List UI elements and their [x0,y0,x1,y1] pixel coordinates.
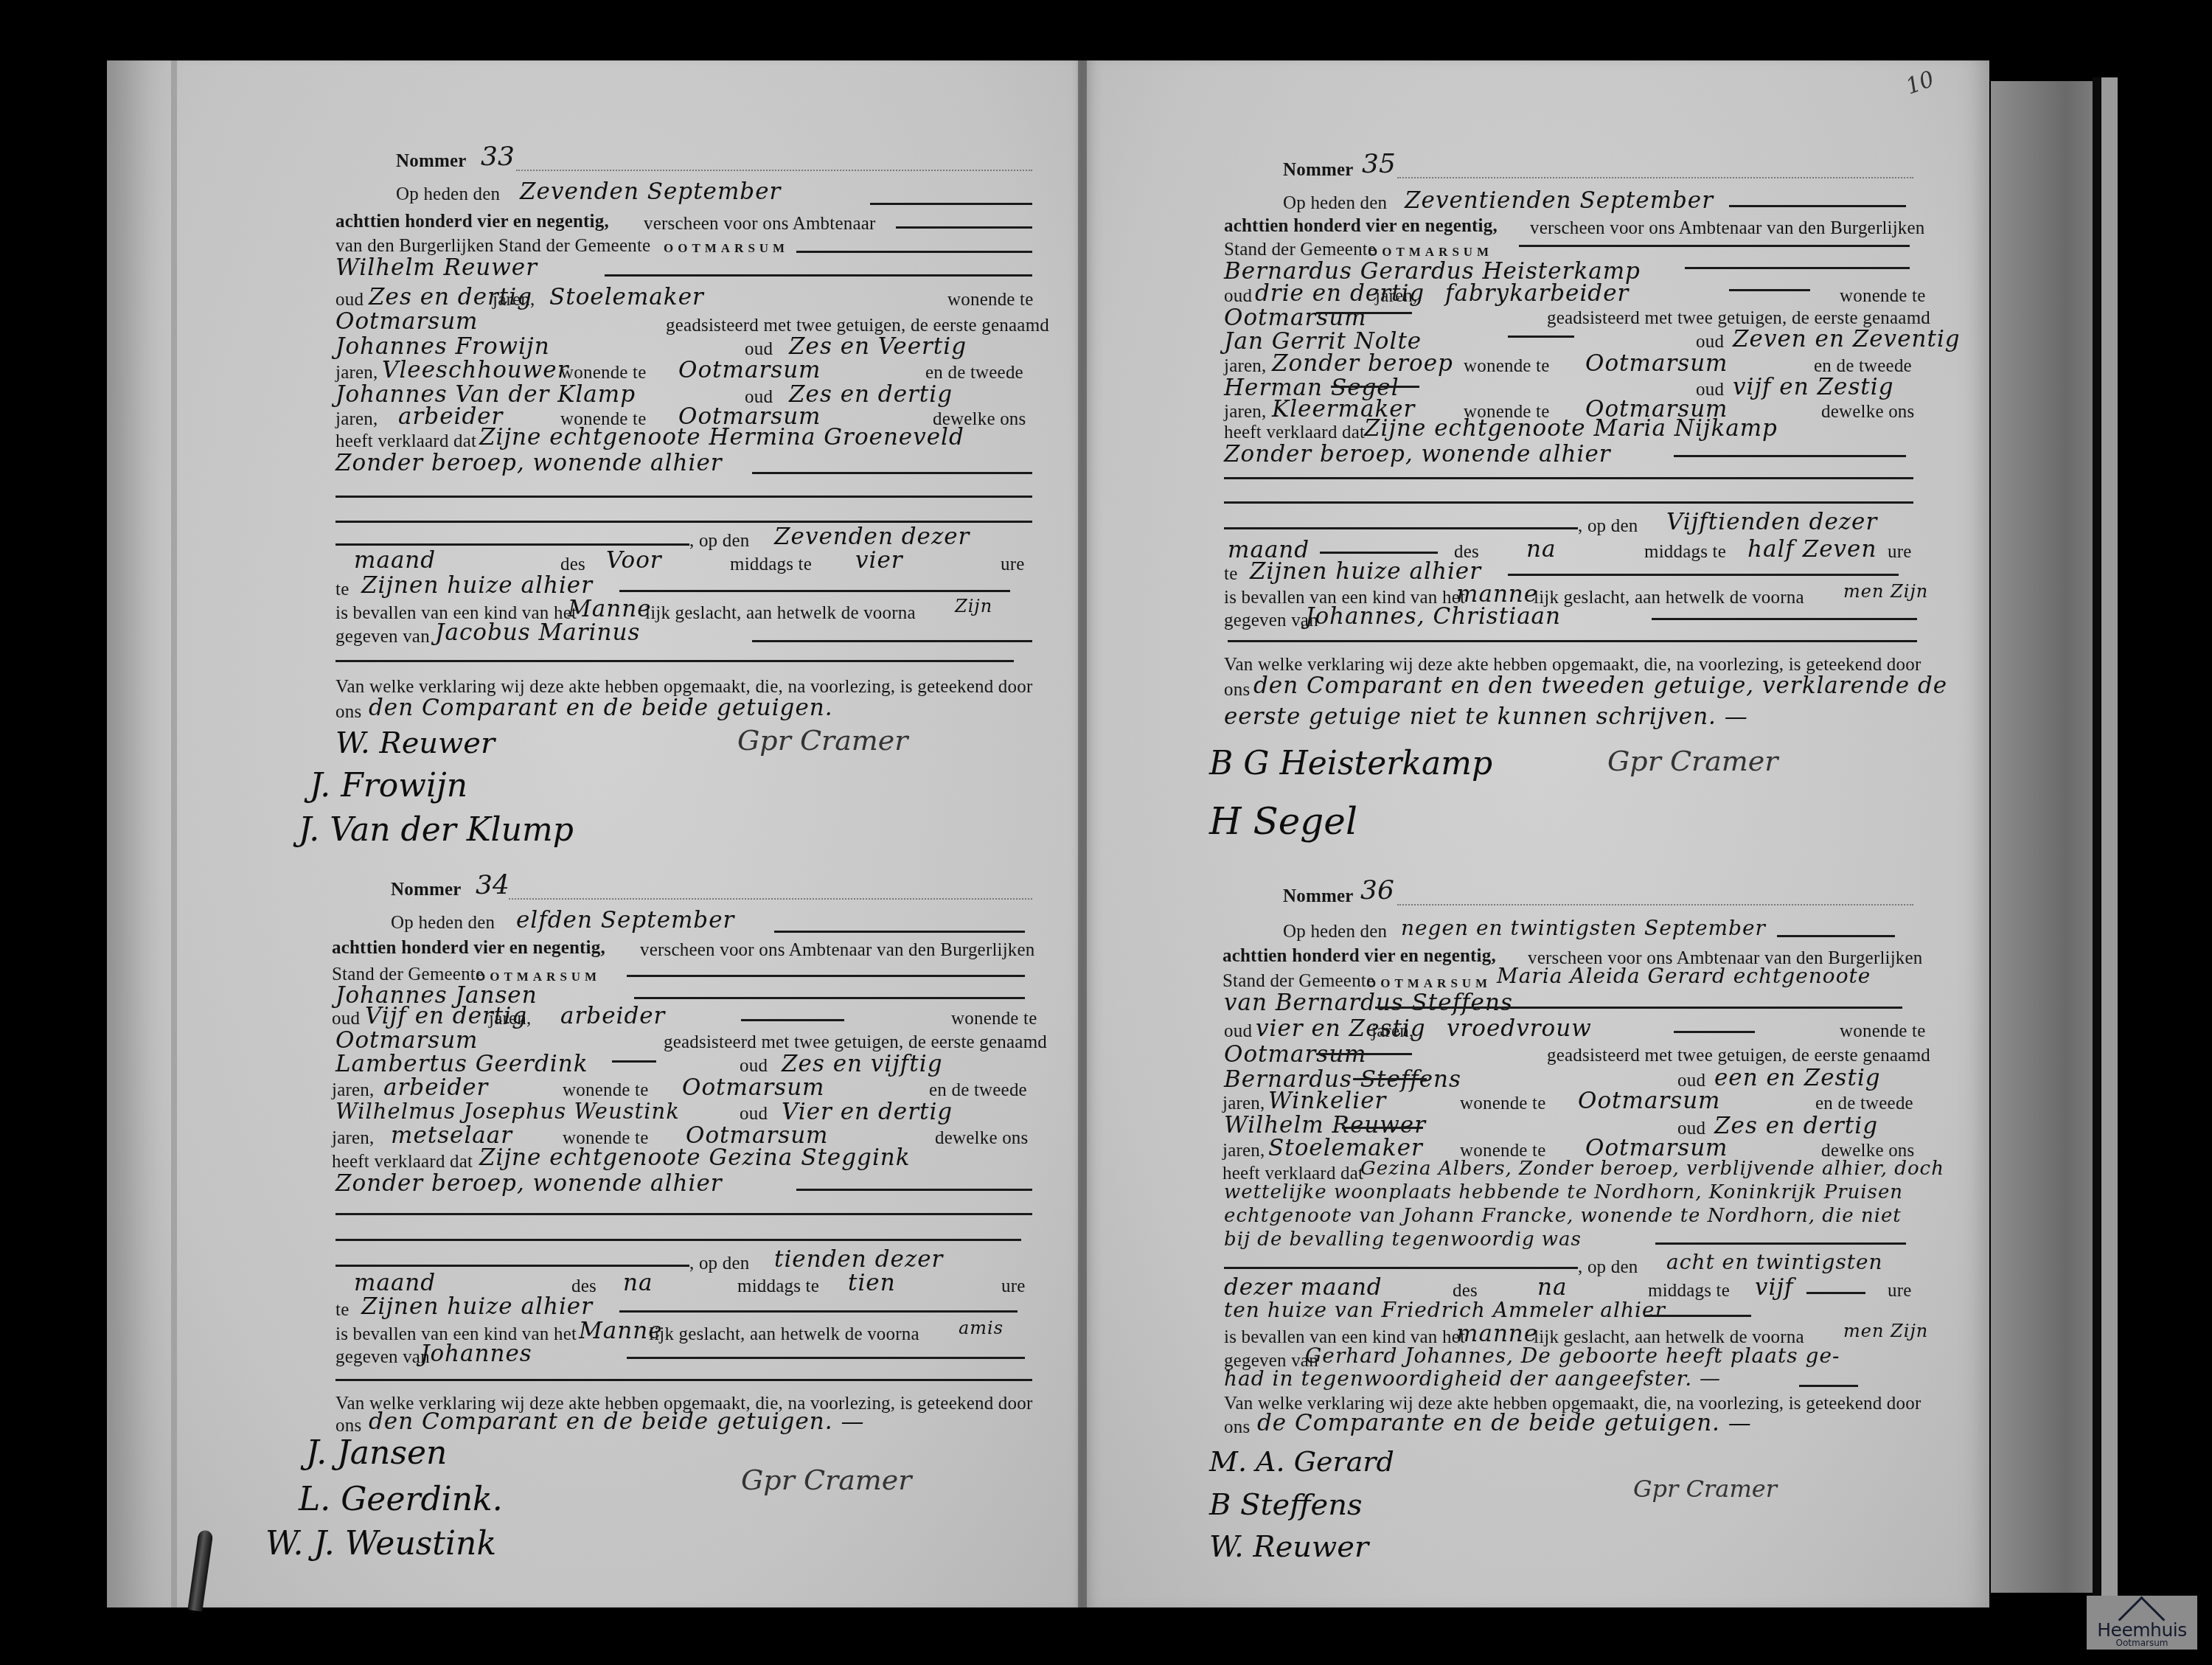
witness1-occupation: Winkelier [1268,1088,1386,1114]
signature-official: Gpr Cramer [1607,745,1778,777]
child-names: Johannes [420,1341,532,1367]
signature-witness1: B Steffens [1209,1488,1363,1522]
birth-month: maand [354,1270,436,1296]
record-date: negen en twintigsten September [1401,916,1766,940]
birth-hour: vijf [1755,1274,1794,1301]
ons-label: ons [1224,680,1250,701]
voorna-suffix: Zijn [955,596,992,616]
en-de-tweede-label: en de tweede [929,1080,1027,1101]
year-line: achttien honderd vier en negentig, [332,938,605,959]
middags-label: middags te [730,555,812,575]
jaren-label: jaren, [493,290,535,310]
signed-by: den Comparant en den tweeden getuige, ve… [1253,672,1947,699]
book-cover-edge [2101,77,2118,1596]
declarant-name-line2: van Bernardus Steffens [1224,990,1513,1016]
nommer-label: Nommer [1283,160,1354,181]
jaren-label: jaren, [1224,402,1266,423]
year-line: achttien honderd vier en negentig, [1224,216,1498,237]
statement-line3: echtgenoote van Johann Francke, wonende … [1224,1205,1902,1227]
wonende-label: wonende te [1840,286,1926,307]
signature-witness1: L. Geerdink. [299,1481,503,1518]
jaren-label: jaren, [1222,1094,1265,1114]
wonende-label: wonende te [1840,1021,1926,1042]
op-heden-label: Op heden den [391,913,495,934]
birth-hour: tien [848,1270,896,1296]
op-den-label: , op den [689,531,749,552]
record-date: Zeventienden September [1405,187,1714,214]
witness1-age: Zeven en Zeventig [1733,326,1961,352]
ure-label: ure [1001,1276,1026,1297]
child-names-line2: had in tegenwoordigheid der aangeefster.… [1224,1366,1721,1391]
middags-label: middags te [737,1276,819,1297]
signature-declarant: J. Jansen [306,1434,447,1472]
op-heden-label: Op heden den [396,184,500,205]
birth-place: Zijnen huize alhier [361,572,593,599]
witness1-age: Zes en vijftig [782,1051,943,1077]
voorna-suffix: men Zijn [1843,581,1928,602]
child-names: Johannes, Christiaan [1305,603,1561,630]
witness1-name: Johannes Frowijn [335,333,550,360]
witness2-age: Vier en dertig [782,1099,953,1125]
birth-day: tienden dezer [774,1246,943,1273]
geadsisteerd-text: geadsisteerd met twee getuigen, de eerst… [1547,1046,1930,1066]
witness1-residence: Ootmarsum [1585,350,1728,377]
oud-label: oud [332,1009,360,1029]
meridiem: na [1526,536,1556,563]
en-de-tweede-label: en de tweede [1815,1094,1913,1114]
left-page-edge [171,60,177,1607]
heemhuis-logo: Heemhuis Ootmarsum [2087,1596,2197,1650]
stand-text: Stand der Gemeente [1224,240,1376,260]
en-de-tweede-label: en de tweede [925,363,1023,383]
stand-text: van den Burgerlijken Stand der Gemeente [335,236,650,257]
birth-place: ten huize van Friedrich Ammeler alhier [1224,1298,1666,1322]
year-line: achttien honderd vier en negentig, [335,212,609,232]
oud-label: oud [335,290,364,310]
declarant-occupation: fabrykarbeider [1445,280,1629,307]
birth-hour: half Zeven [1747,536,1877,563]
nommer-label: Nommer [1283,886,1354,907]
ure-label: ure [1888,542,1912,563]
meridiem: na [623,1270,653,1296]
record-date: Zevenden September [520,178,781,205]
ons-label: ons [1224,1417,1250,1438]
birth-day: acht en twintigsten [1666,1250,1883,1274]
wonende-label: wonende te [951,1009,1037,1029]
signature-official: Gpr Cramer [741,1464,912,1496]
middags-label: middags te [1644,542,1726,563]
witness1-residence: Ootmarsum [1578,1088,1721,1114]
statement: Zijne echtgenoote Hermina Groeneveld [479,424,964,451]
op-den-label: , op den [1578,516,1638,537]
signature-official: Gpr Cramer [737,724,908,757]
wonende-label: wonende te [563,1080,649,1101]
signature-witness2: W. J. Weustink [265,1525,496,1563]
ons-label: ons [335,1416,361,1436]
stand-text: Stand der Gemeente [1222,971,1374,992]
birth-month: maand [354,547,436,574]
verklaard-label: heeft verklaard dat [1224,423,1365,443]
voorna-suffix: men Zijn [1843,1321,1928,1341]
op-den-label: , op den [1578,1257,1638,1278]
witness1-age: Zes en Veertig [789,333,967,360]
op-heden-label: Op heden den [1283,193,1387,214]
statement-line2: wettelijke woonplaats hebbende te Nordho… [1224,1181,1903,1203]
signed-by: den Comparant en de beide getuigen. [369,695,833,721]
jaren-label: jaren, [332,1128,374,1149]
declarant-residence: Ootmarsum [335,1027,479,1054]
signature-witness1: J. Frowijn [310,767,467,804]
signature-declarant: B G Heisterkamp [1209,745,1492,782]
birth-place: Zijnen huize alhier [361,1293,593,1320]
geslacht-text: lijk geslacht, aan hetwelk de voorna [649,1324,919,1345]
signature-declarant: M. A. Gerard [1209,1445,1394,1478]
verscheen-text: verscheen voor ons Ambtenaar [644,214,876,234]
gemeente-name: OOTMARSUM [1368,245,1493,260]
gegeven-label: gegeven van [335,1347,430,1368]
verscheen-text: verscheen voor ons Ambtenaar van den Bur… [1530,218,1925,239]
jaren-label: jaren, [1375,286,1417,307]
jaren-label: jaren, [489,1009,531,1029]
jaren-label: jaren, [332,1080,374,1101]
witness1-age: een en Zestig [1714,1065,1881,1091]
witness1-name: Lambertus Geerdink [335,1051,588,1077]
statement-line2: Zonder beroep, wonende alhier [1224,441,1611,467]
birth-place: Zijnen huize alhier [1250,558,1481,585]
child-names: Gerhard Johannes, De geboorte heeft plaa… [1305,1344,1840,1368]
meridiem: Voor [606,547,662,574]
op-den-label: , op den [689,1254,749,1274]
geslacht-text: lijk geslacht, aan hetwelk de voorna [1534,588,1804,608]
signed-by-line2: eerste getuige niet te kunnen schrijven.… [1224,703,1748,730]
verklaard-label: heeft verklaard dat [332,1152,473,1172]
oud-label: oud [1224,286,1252,307]
oud-label: oud [740,1104,768,1125]
statement-line2: Zonder beroep, wonende alhier [335,1170,723,1197]
birth-hour: vier [855,547,903,574]
verklaard-label: heeft verklaard dat [335,431,476,452]
record-number: 36 [1360,875,1394,906]
record-number: 33 [481,142,515,172]
statement: Gezina Albers, Zonder beroep, verblijven… [1360,1158,1944,1180]
op-heden-label: Op heden den [1283,922,1387,942]
witness2-name: Wilhelmus Josephus Weustink [335,1099,680,1124]
oud-label: oud [740,1056,768,1077]
witness1-residence: Ootmarsum [678,357,821,383]
geslacht-text: lijk geslacht, aan hetwelk de voorna [645,603,916,624]
book-edge-shadow [2093,77,2101,1596]
record-number: 34 [476,870,509,900]
nommer-label: Nommer [396,151,467,172]
record-number: 35 [1362,149,1396,179]
birth-day: Zevenden dezer [774,524,970,550]
verscheen-text: verscheen voor ons Ambtenaar van den Bur… [640,940,1035,961]
signature-witness2: H Segel [1209,800,1357,843]
child-names: Jacobus Marinus [435,619,640,646]
declarant-occupation: arbeider [560,1003,665,1029]
gemeente-name: OOTMARSUM [1366,976,1492,991]
te-label: te [1224,564,1237,585]
declarant-residence: Ootmarsum [335,308,479,335]
ure-label: ure [1001,555,1025,575]
witness2-age: Zes en dertig [1714,1113,1878,1139]
statement: Zijne echtgenoote Gezina Steggink [479,1144,911,1171]
logo-subtitle: Ootmarsum [2087,1638,2197,1648]
oud-label: oud [1696,332,1724,352]
oud-label: oud [1224,1021,1252,1042]
signature-declarant: W. Reuwer [335,726,495,760]
voorna-suffix: amis [959,1318,1004,1338]
jaren-label: jaren, [1222,1141,1265,1161]
declarant-occupation: Stoelemaker [549,284,704,310]
geadsisteerd-text: geadsisteerd met twee getuigen, de eerst… [664,1032,1047,1053]
signature-witness2: W. Reuwer [1209,1530,1368,1564]
declarant-name: Maria Aleida Gerard echtgenoote [1497,964,1871,988]
jaren-label: jaren, [335,363,378,383]
signature-official: Gpr Cramer [1633,1475,1777,1503]
nommer-label: Nommer [391,880,462,900]
dewelke-label: dewelke ons [1821,402,1914,423]
te-label: te [335,580,349,600]
witness1-occupation: arbeider [383,1074,488,1101]
birth-day: Vijftienden dezer [1666,509,1877,535]
meridiem: na [1537,1274,1567,1301]
child-sex: Manne [568,596,652,622]
record-date: elfden September [516,907,734,934]
statement-line2: Zonder beroep, wonende alhier [335,450,723,476]
witness1-occupation: Vleeschhouwer [382,357,569,383]
jaren-label: jaren, [1371,1021,1413,1042]
signed-by: de Comparante en de beide getuigen. — [1257,1410,1752,1436]
jaren-label: jaren, [1224,356,1266,377]
statement: Zijne echtgenoote Maria Nijkamp [1364,415,1778,442]
dewelke-label: dewelke ons [935,1128,1028,1149]
signature-witness2: J. Van der Klump [299,811,574,849]
wonende-label: wonende te [947,290,1034,310]
ure-label: ure [1888,1281,1912,1301]
witness2-age: vijf en Zestig [1733,374,1894,400]
declarant-occupation: vroedvrouw [1447,1015,1592,1042]
declarant-name: Wilhelm Reuwer [335,254,538,281]
jaren-label: jaren, [335,409,378,430]
signed-by: den Comparant en de beide getuigen. — [369,1408,864,1435]
statement-line4: bij de bevalling tegenwoordig was [1224,1228,1582,1251]
gemeente-name: OOTMARSUM [664,241,789,256]
te-label: te [335,1300,349,1321]
wonende-label: wonende te [560,363,647,383]
birth-month: dezer maand [1224,1274,1382,1301]
gegeven-label: gegeven van [335,627,430,647]
gegeven-label: gegeven van [1224,611,1318,631]
wonende-label: wonende te [1460,1094,1546,1114]
wonende-label: wonende te [1464,356,1550,377]
witness1-occupation: Zonder beroep [1272,350,1453,377]
year-line: achttien honderd vier en negentig, [1222,946,1496,967]
declarant-residence: Ootmarsum [1224,305,1367,331]
book-gutter [1078,60,1087,1607]
ons-label: ons [335,702,361,723]
witness1-residence: Ootmarsum [682,1074,825,1101]
